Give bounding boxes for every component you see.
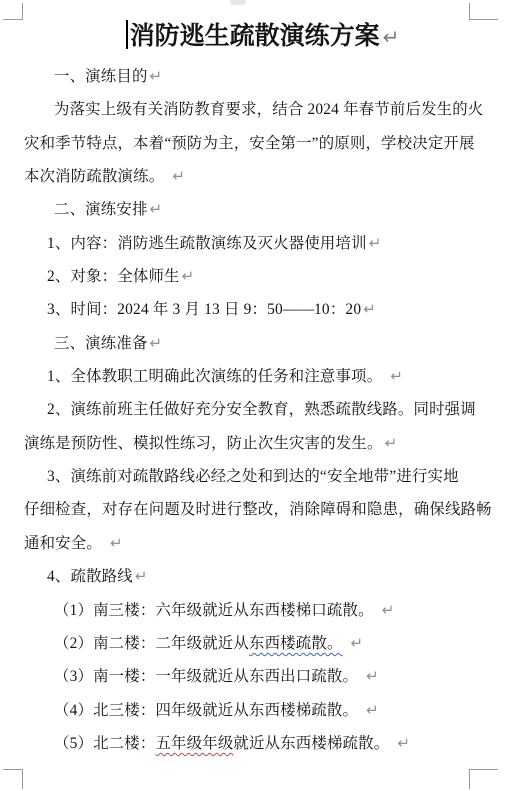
list-item[interactable]: 2、对象：全体师生↵	[24, 260, 466, 293]
route-item-4[interactable]: （4）北三楼：四年级就近从东西楼梯疏散。↵	[24, 694, 466, 727]
paragraph-line[interactable]: 通和安全。↵	[24, 527, 466, 560]
section-heading-2[interactable]: 二、演练安排↵	[24, 193, 466, 226]
route-text: （3）南一楼：一年级就近从东西出口疏散。	[54, 668, 358, 685]
list-item-text: 1、全体教职工明确此次演练的任务和注意事项。	[47, 368, 382, 385]
route-item-3[interactable]: （3）南一楼：一年级就近从东西出口疏散。↵	[24, 660, 466, 693]
paragraph-text: 仔细检查，对存在问题及时进行整改，消除障碍和隐患，确保线路畅	[24, 501, 492, 518]
route-item-1[interactable]: （1）南三楼：六年级就近从东西楼梯口疏散。↵	[24, 594, 466, 627]
paragraph-mark-icon: ↵	[383, 25, 400, 49]
heading-text: 三、演练准备	[54, 335, 148, 352]
paragraph-mark-icon: ↵	[182, 267, 195, 285]
list-item[interactable]: 4、疏散路线↵	[24, 560, 466, 593]
list-item-text: 1、内容：消防逃生疏散演练及灭火器使用培训	[47, 235, 367, 252]
paragraph-mark-icon: ↵	[385, 434, 398, 452]
paragraph-mark-icon: ↵	[369, 234, 382, 252]
list-item-text: 2、对象：全体师生	[47, 268, 180, 285]
route-text: 就近从东西楼梯疏散。	[233, 735, 389, 752]
grammar-check-underlined-text: 东西楼疏散。	[249, 635, 343, 652]
list-item-text: 4、疏散路线	[47, 568, 133, 585]
margin-crop-mark-top-left	[3, 3, 23, 20]
list-item[interactable]: 3、演练前对疏散路线必经之处和到达的“安全地带”进行实地	[24, 460, 466, 493]
list-item-text: 3、时间：2024 年 3 月 13 日 9：50——10：20	[47, 301, 361, 318]
paragraph-mark-icon: ↵	[351, 634, 364, 652]
heading-text: 二、演练安排	[54, 201, 148, 218]
paragraph-mark-icon: ↵	[390, 367, 403, 385]
paragraph-mark-icon: ↵	[366, 667, 379, 685]
document-title-line[interactable]: 消防逃生疏散演练方案↵	[24, 14, 466, 60]
margin-crop-mark-bottom-left	[3, 769, 23, 789]
paragraph-mark-icon: ↵	[135, 567, 148, 585]
paragraph-line[interactable]: 演练是预防性、模拟性练习，防止次生灾害的发生。↵	[24, 427, 466, 460]
paragraph-line[interactable]: 仔细检查，对存在问题及时进行整改，消除障碍和隐患，确保线路畅	[24, 493, 466, 526]
paragraph-mark-icon: ↵	[150, 200, 163, 218]
paragraph-line[interactable]: 灾和季节特点，本着“预防为主，安全第一”的原则，学校决定开展	[24, 127, 466, 160]
margin-crop-mark-bottom-right	[469, 769, 498, 789]
list-item[interactable]: 1、全体教职工明确此次演练的任务和注意事项。↵	[24, 360, 466, 393]
paragraph-line[interactable]: 为落实上级有关消防教育要求，结合 2024 年春节前后发生的火	[24, 93, 466, 126]
route-item-5[interactable]: （5）北二楼：五年级年级就近从东西楼梯疏散。↵	[24, 727, 466, 760]
paragraph-mark-icon: ↵	[366, 701, 379, 719]
route-item-2[interactable]: （2）南二楼：二年级就近从东西楼疏散。↵	[24, 627, 466, 660]
route-text: （4）北三楼：四年级就近从东西楼梯疏散。	[54, 702, 358, 719]
top-edge-artifact	[230, 0, 246, 5]
list-item-text: 3、演练前对疏散路线必经之处和到达的“安全地带”进行实地	[47, 468, 459, 485]
section-heading-3[interactable]: 三、演练准备↵	[24, 327, 466, 360]
paragraph-text: 通和安全。	[24, 535, 102, 552]
paragraph-text: 为落实上级有关消防教育要求，结合 2024 年春节前后发生的火	[54, 101, 483, 118]
document-page: 消防逃生疏散演练方案↵ 一、演练目的↵ 为落实上级有关消防教育要求，结合 202…	[0, 0, 506, 791]
margin-crop-mark-top-right	[469, 3, 498, 20]
paragraph-text: 灾和季节特点，本着“预防为主，安全第一”的原则，学校决定开展	[24, 135, 475, 152]
paragraph-text: 本次消防疏散演练。	[24, 168, 164, 185]
route-text: （1）南三楼：六年级就近从东西楼梯口疏散。	[54, 602, 374, 619]
paragraph-mark-icon: ↵	[150, 67, 163, 85]
paragraph-mark-icon: ↵	[397, 734, 410, 752]
page-title-text: 消防逃生疏散演练方案	[130, 23, 380, 50]
paragraph-mark-icon: ↵	[363, 300, 376, 318]
spellcheck-underlined-text: 五年级年级	[155, 735, 233, 752]
document-body[interactable]: 消防逃生疏散演练方案↵ 一、演练目的↵ 为落实上级有关消防教育要求，结合 202…	[24, 14, 466, 760]
list-item[interactable]: 1、内容：消防逃生疏散演练及灭火器使用培训↵	[24, 227, 466, 260]
route-text: （5）北二楼：	[54, 735, 155, 752]
text-cursor	[126, 20, 128, 49]
route-text: （2）南二楼：二年级就近从	[54, 635, 249, 652]
list-item[interactable]: 2、演练前班主任做好充分安全教育，熟悉疏散线路。同时强调	[24, 393, 466, 426]
paragraph-mark-icon: ↵	[110, 534, 123, 552]
paragraph-text: 演练是预防性、模拟性练习，防止次生灾害的发生。	[24, 435, 383, 452]
list-item-text: 2、演练前班主任做好充分安全教育，熟悉疏散线路。同时强调	[47, 401, 476, 418]
list-item[interactable]: 3、时间：2024 年 3 月 13 日 9：50——10：20↵	[24, 293, 466, 326]
paragraph-mark-icon: ↵	[150, 334, 163, 352]
paragraph-mark-icon: ↵	[382, 601, 395, 619]
section-heading-1[interactable]: 一、演练目的↵	[24, 60, 466, 93]
heading-text: 一、演练目的	[54, 68, 148, 85]
paragraph-mark-icon: ↵	[172, 167, 185, 185]
paragraph-line[interactable]: 本次消防疏散演练。↵	[24, 160, 466, 193]
